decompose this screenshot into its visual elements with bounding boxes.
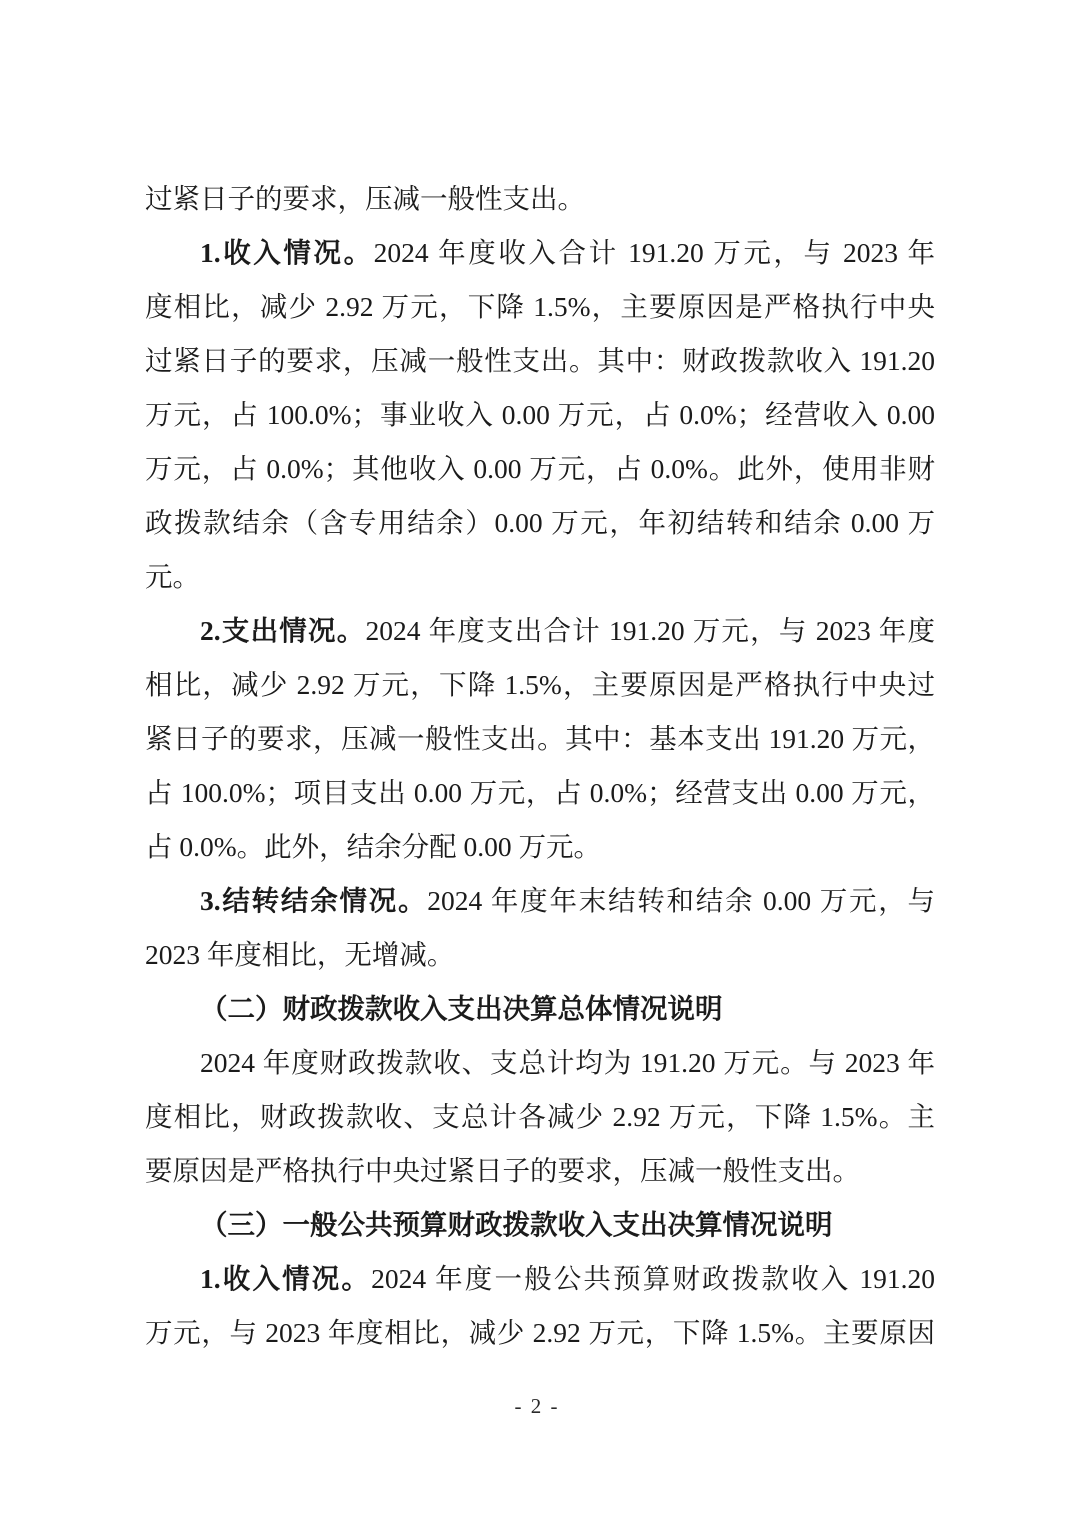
text-line: 政拨款结余（含专用结余）0.00 万元，年初结转和结余 0.00 万 <box>145 496 935 550</box>
text-line: 2.支出情况。2024 年度支出合计 191.20 万元，与 2023 年度 <box>145 604 935 658</box>
text-line: 过紧日子的要求，压减一般性支出。其中：财政拨款收入 191.20 <box>145 334 935 388</box>
text-segment: 2023 年度相比，无增减。 <box>145 939 454 970</box>
text-segment: 占 0.0%。此外，结余分配 0.00 万元。 <box>145 831 601 862</box>
page-number: - 2 - <box>0 1394 1074 1419</box>
text-line: 占 100.0%；项目支出 0.00 万元，占 0.0%；经营支出 0.00 万… <box>145 766 935 820</box>
inline-heading: （三）一般公共预算财政拨款收入支出决算情况说明 <box>200 1209 833 1240</box>
inline-heading: 3.结转结余情况。 <box>200 885 427 916</box>
text-segment: 占 100.0%；项目支出 0.00 万元，占 0.0%；经营支出 0.00 万… <box>145 777 935 808</box>
text-line: 紧日子的要求，压减一般性支出。其中：基本支出 191.20 万元， <box>145 712 935 766</box>
text-segment: 2024 年度一般公共预算财政拨款收入 191.20 <box>371 1263 935 1294</box>
text-segment: 过紧日子的要求，压减一般性支出。 <box>145 183 585 214</box>
text-segment: 2024 年度财政拨款收、支总计均为 191.20 万元。与 2023 年 <box>200 1047 935 1078</box>
text-line: 3.结转结余情况。2024 年度年末结转和结余 0.00 万元，与 <box>145 874 935 928</box>
text-segment: 万元，占 0.0%；其他收入 0.00 万元，占 0.0%。此外，使用非财 <box>145 453 935 484</box>
text-segment: 2024 年度支出合计 191.20 万元，与 2023 年度 <box>365 615 935 646</box>
text-line: 元。 <box>145 550 935 604</box>
inline-heading: （二）财政拨款收入支出决算总体情况说明 <box>200 993 723 1024</box>
text-segment: 过紧日子的要求，压减一般性支出。其中：财政拨款收入 191.20 <box>145 345 935 376</box>
text-line: 万元，占 100.0%；事业收入 0.00 万元，占 0.0%；经营收入 0.0… <box>145 388 935 442</box>
text-line: 占 0.0%。此外，结余分配 0.00 万元。 <box>145 820 935 874</box>
text-segment: 度相比，减少 2.92 万元，下降 1.5%，主要原因是严格执行中央 <box>145 291 935 322</box>
text-segment: 相比，减少 2.92 万元，下降 1.5%，主要原因是严格执行中央过 <box>145 669 935 700</box>
text-line: （二）财政拨款收入支出决算总体情况说明 <box>145 982 935 1036</box>
document-body: 过紧日子的要求，压减一般性支出。1.收入情况。2024 年度收入合计 191.2… <box>145 172 935 1360</box>
text-line: 过紧日子的要求，压减一般性支出。 <box>145 172 935 226</box>
text-line: 2023 年度相比，无增减。 <box>145 928 935 982</box>
inline-heading: 1.收入情况。 <box>200 237 374 268</box>
text-line: 度相比，财政拨款收、支总计各减少 2.92 万元，下降 1.5%。主 <box>145 1090 935 1144</box>
text-segment: 政拨款结余（含专用结余）0.00 万元，年初结转和结余 0.00 万 <box>145 507 935 538</box>
text-segment: 万元，与 2023 年度相比，减少 2.92 万元，下降 1.5%。主要原因 <box>145 1317 935 1348</box>
text-line: 万元，与 2023 年度相比，减少 2.92 万元，下降 1.5%。主要原因 <box>145 1306 935 1360</box>
text-line: 1.收入情况。2024 年度收入合计 191.20 万元，与 2023 年 <box>145 226 935 280</box>
document-page: 过紧日子的要求，压减一般性支出。1.收入情况。2024 年度收入合计 191.2… <box>0 0 1074 1520</box>
text-segment: 要原因是严格执行中央过紧日子的要求，压减一般性支出。 <box>145 1155 860 1186</box>
text-line: （三）一般公共预算财政拨款收入支出决算情况说明 <box>145 1198 935 1252</box>
text-line: 2024 年度财政拨款收、支总计均为 191.20 万元。与 2023 年 <box>145 1036 935 1090</box>
text-segment: 2024 年度收入合计 191.20 万元，与 2023 年 <box>374 237 935 268</box>
text-line: 相比，减少 2.92 万元，下降 1.5%，主要原因是严格执行中央过 <box>145 658 935 712</box>
inline-heading: 1.收入情况。 <box>200 1263 371 1294</box>
text-segment: 2024 年度年末结转和结余 0.00 万元，与 <box>427 885 935 916</box>
text-segment: 万元，占 100.0%；事业收入 0.00 万元，占 0.0%；经营收入 0.0… <box>145 399 935 430</box>
text-line: 要原因是严格执行中央过紧日子的要求，压减一般性支出。 <box>145 1144 935 1198</box>
text-line: 1.收入情况。2024 年度一般公共预算财政拨款收入 191.20 <box>145 1252 935 1306</box>
text-line: 万元，占 0.0%；其他收入 0.00 万元，占 0.0%。此外，使用非财 <box>145 442 935 496</box>
text-segment: 度相比，财政拨款收、支总计各减少 2.92 万元，下降 1.5%。主 <box>145 1101 935 1132</box>
text-segment: 紧日子的要求，压减一般性支出。其中：基本支出 191.20 万元， <box>145 723 935 754</box>
inline-heading: 2.支出情况。 <box>200 615 365 646</box>
text-line: 度相比，减少 2.92 万元，下降 1.5%，主要原因是严格执行中央 <box>145 280 935 334</box>
text-segment: 元。 <box>145 561 200 592</box>
